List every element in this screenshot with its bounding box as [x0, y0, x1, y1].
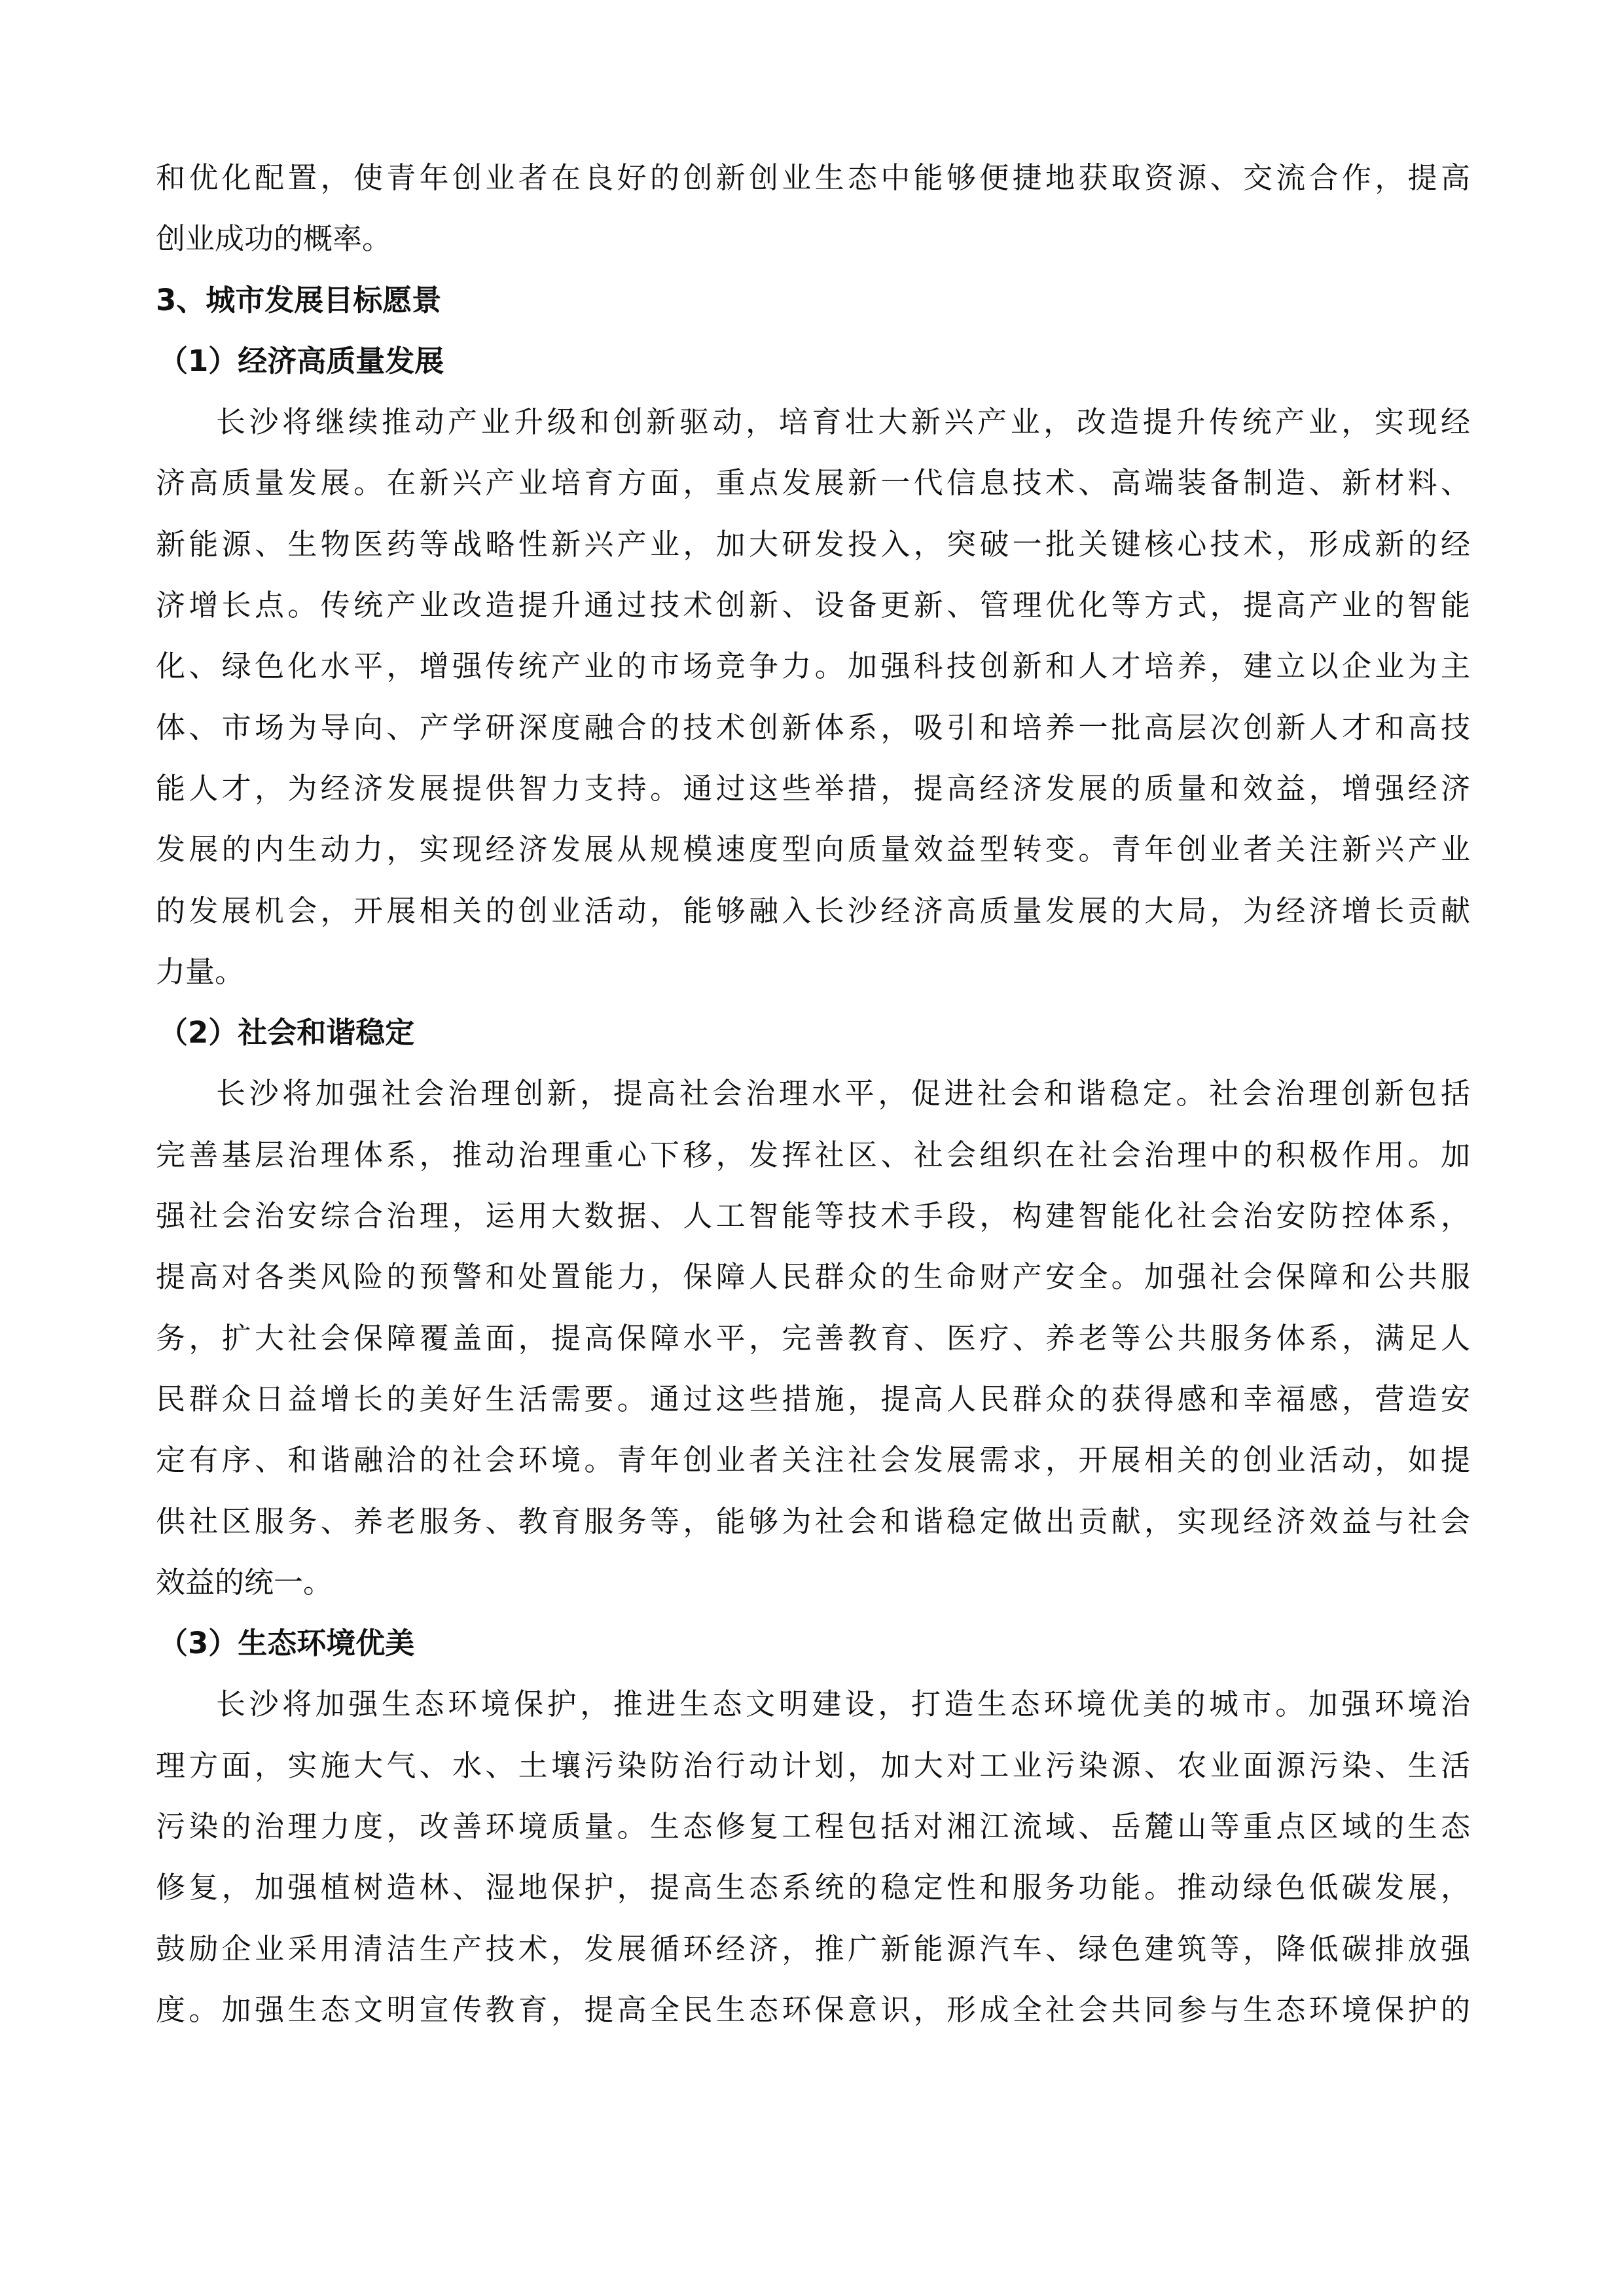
section-heading: 3、城市发展目标愿景	[156, 270, 1470, 331]
paragraph-line: 完善基层治理体系，推动治理重心下移，发挥社区、社会组织在社会治理中的积极作用。加	[156, 1124, 1470, 1185]
paragraph-line: 长沙将加强社会治理创新，提高社会治理水平，促进社会和谐稳定。社会治理创新包括	[156, 1063, 1470, 1124]
subsection-heading: （1）经济高质量发展	[156, 331, 1470, 391]
paragraph-line: 能人才，为经济发展提供智力支持。通过这些举措，提高经济发展的质量和效益，增强经济	[156, 758, 1470, 819]
paragraph-line: 供社区服务、养老服务、教育服务等，能够为社会和谐稳定做出贡献，实现经济效益与社会	[156, 1491, 1470, 1552]
paragraph-line: 新能源、生物医药等战略性新兴产业，加大研发投入，突破一批关键核心技术，形成新的经	[156, 514, 1470, 575]
paragraph-line: 济高质量发展。在新兴产业培育方面，重点发展新一代信息技术、高端装备制造、新材料、	[156, 452, 1470, 513]
paragraph-line: 长沙将加强生态环境保护，推进生态文明建设，打造生态环境优美的城市。加强环境治	[156, 1674, 1470, 1734]
paragraph-line: 提高对各类风险的预警和处置能力，保障人民群众的生命财产安全。加强社会保障和公共服	[156, 1246, 1470, 1307]
paragraph-line: 污染的治理力度，改善环境质量。生态修复工程包括对湘江流域、岳麓山等重点区域的生态	[156, 1796, 1470, 1857]
paragraph-line: 发展的内生动力，实现经济发展从规模速度型向质量效益型转变。青年创业者关注新兴产业	[156, 819, 1470, 880]
paragraph-line: 的发展机会，开展相关的创业活动，能够融入长沙经济高质量发展的大局，为经济增长贡献	[156, 880, 1470, 941]
subsection-heading: （2）社会和谐稳定	[156, 1002, 1470, 1063]
document-page: 和优化配置，使青年创业者在良好的创新创业生态中能够便捷地获取资源、交流合作，提高…	[156, 147, 1470, 2040]
paragraph-line: 和优化配置，使青年创业者在良好的创新创业生态中能够便捷地获取资源、交流合作，提高	[156, 147, 1470, 208]
paragraph-line: 创业成功的概率。	[156, 208, 1470, 269]
paragraph-line: 定有序、和谐融洽的社会环境。青年创业者关注社会发展需求，开展相关的创业活动，如提	[156, 1429, 1470, 1490]
paragraph-line: 修复，加强植树造林、湿地保护，提高生态系统的稳定性和服务功能。推动绿色低碳发展，	[156, 1857, 1470, 1918]
paragraph-line: 度。加强生态文明宣传教育，提高全民生态环保意识，形成全社会共同参与生态环境保护的	[156, 1979, 1470, 2040]
paragraph-line: 民群众日益增长的美好生活需要。通过这些措施，提高人民群众的获得感和幸福感，营造安	[156, 1369, 1470, 1429]
paragraph-line: 效益的统一。	[156, 1552, 1470, 1613]
paragraph-line: 鼓励企业采用清洁生产技术，发展循环经济，推广新能源汽车、绿色建筑等，降低碳排放强	[156, 1918, 1470, 1979]
paragraph-line: 务，扩大社会保障覆盖面，提高保障水平，完善教育、医疗、养老等公共服务体系，满足人	[156, 1308, 1470, 1369]
paragraph-line: 力量。	[156, 941, 1470, 1002]
paragraph-line: 长沙将继续推动产业升级和创新驱动，培育壮大新兴产业，改造提升传统产业，实现经	[156, 391, 1470, 452]
paragraph-line: 强社会治安综合治理，运用大数据、人工智能等技术手段，构建智能化社会治安防控体系，	[156, 1185, 1470, 1246]
paragraph-line: 理方面，实施大气、水、土壤污染防治行动计划，加大对工业污染源、农业面源污染、生活	[156, 1735, 1470, 1796]
paragraph-line: 济增长点。传统产业改造提升通过技术创新、设备更新、管理优化等方式，提高产业的智能	[156, 575, 1470, 636]
paragraph-line: 体、市场为导向、产学研深度融合的技术创新体系，吸引和培养一批高层次创新人才和高技	[156, 697, 1470, 758]
paragraph-line: 化、绿色化水平，增强传统产业的市场竞争力。加强科技创新和人才培养，建立以企业为主	[156, 636, 1470, 696]
subsection-heading: （3）生态环境优美	[156, 1613, 1470, 1674]
